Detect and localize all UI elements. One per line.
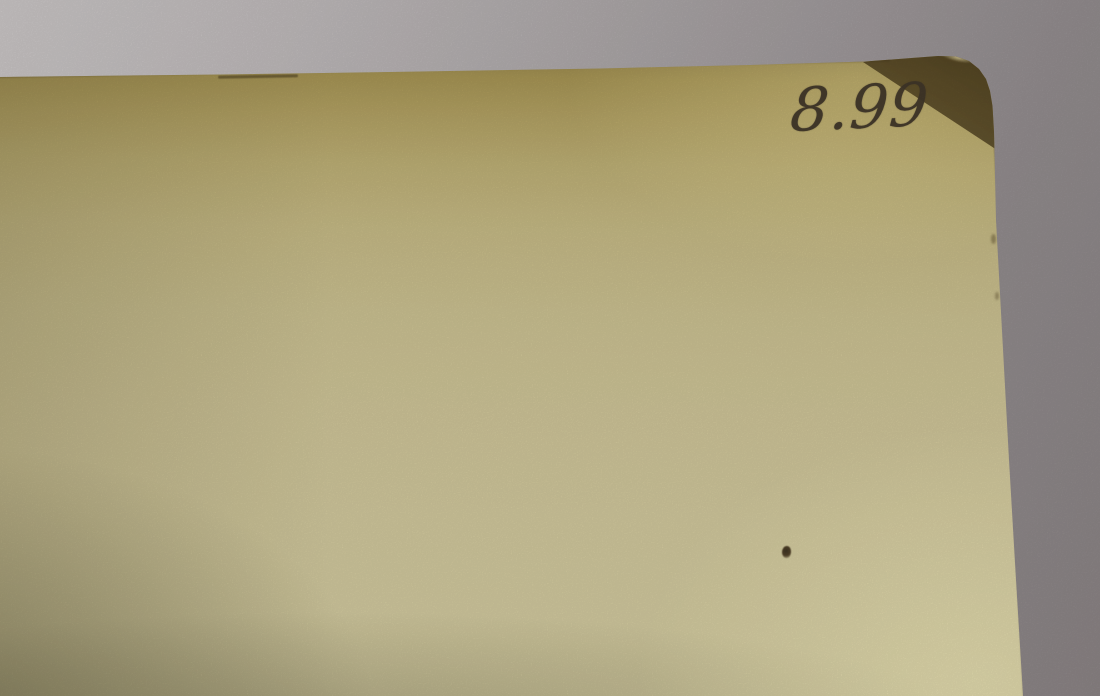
paper-edge-nick xyxy=(991,234,996,244)
paper-speck xyxy=(782,546,791,558)
handwritten-price: 8.99 xyxy=(788,75,931,141)
paper-top-edge-mark xyxy=(218,74,298,78)
paper-sheet: 8.99 xyxy=(0,0,1100,696)
paper-edge-nick xyxy=(995,292,999,300)
paper-corner-fold-shadow xyxy=(0,0,1100,696)
photo-scene: 8.99 xyxy=(0,0,1100,696)
